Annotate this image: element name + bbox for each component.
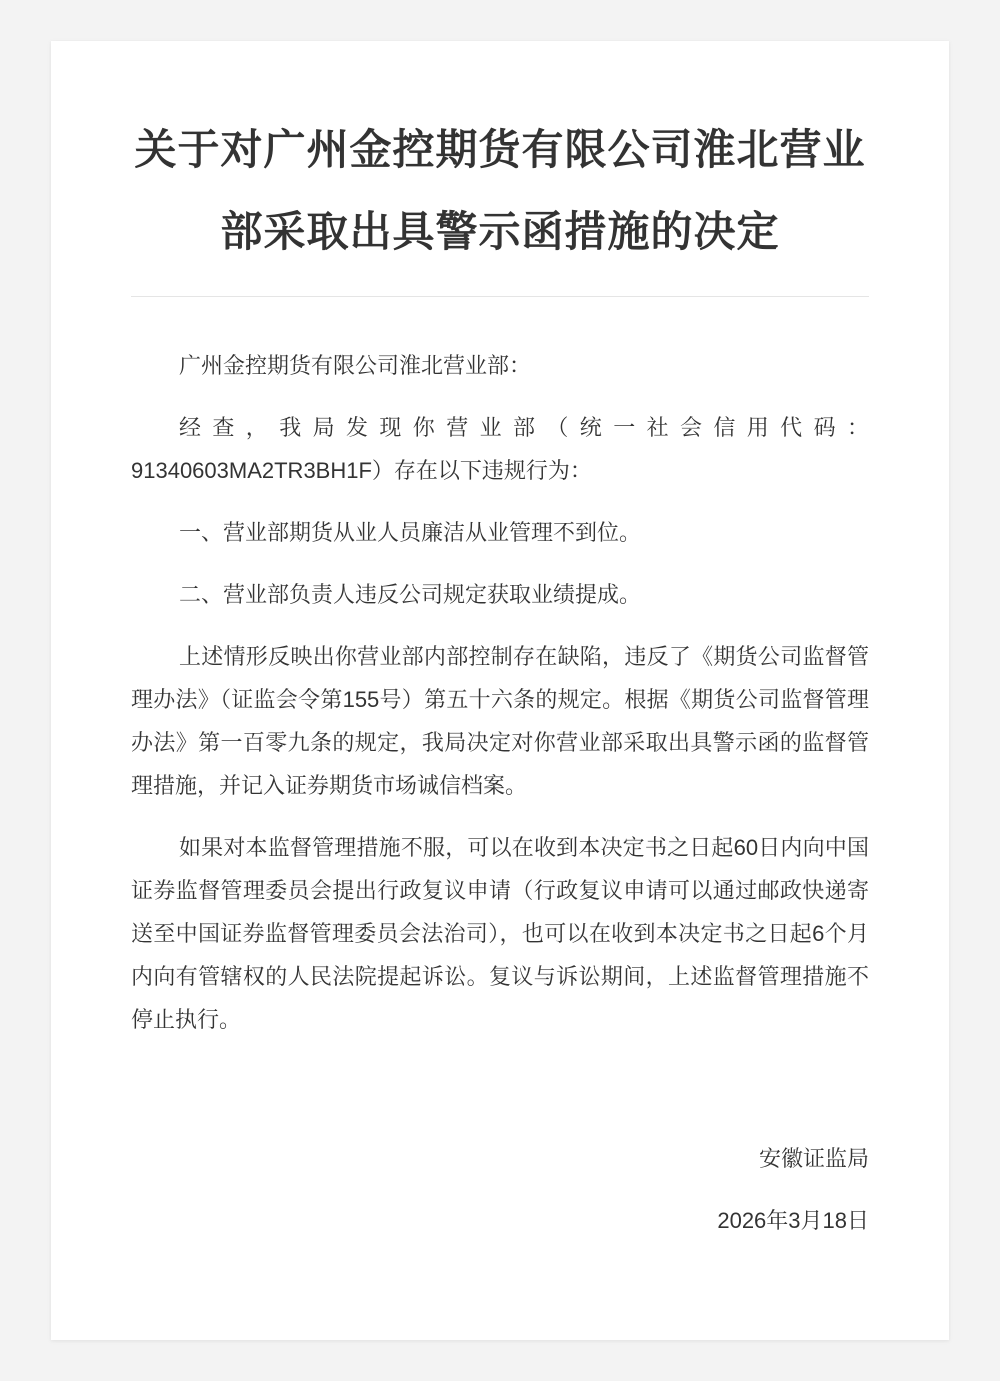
signature-block: 安徽证监局 2026年3月18日 [131,1137,869,1242]
paragraph-findings: 经查，我局发现你营业部（统一社会信用代码：91340603MA2TR3BH1F）… [131,406,869,492]
violation-item-2: 二、营业部负责人违反公司规定获取业绩提成。 [131,573,869,616]
title-divider [131,296,869,297]
document-title: 关于对广州金控期货有限公司淮北营业部采取出具警示函措施的决定 [131,41,869,273]
document-body: 广州金控期货有限公司淮北营业部： 经查，我局发现你营业部（统一社会信用代码：91… [131,344,869,1041]
violation-item-1: 一、营业部期货从业人员廉洁从业管理不到位。 [131,511,869,554]
document-page: 关于对广州金控期货有限公司淮北营业部采取出具警示函措施的决定 广州金控期货有限公… [51,41,949,1340]
paragraph-decision: 上述情形反映出你营业部内部控制存在缺陷，违反了《期货公司监督管理办法》（证监会令… [131,635,869,807]
issue-date: 2026年3月18日 [131,1199,869,1242]
issuer: 安徽证监局 [131,1137,869,1180]
addressee: 广州金控期货有限公司淮北营业部： [131,344,869,387]
paragraph-appeal: 如果对本监督管理措施不服，可以在收到本决定书之日起60日内向中国证券监督管理委员… [131,826,869,1041]
